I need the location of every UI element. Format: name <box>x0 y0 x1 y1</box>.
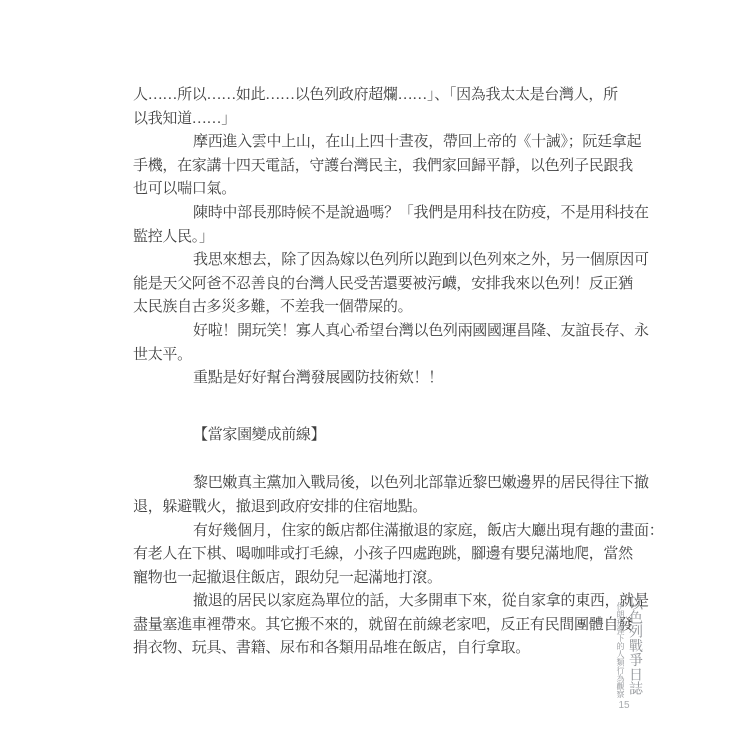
text-line: 以我知道……」 <box>133 108 627 132</box>
text-line: 有好幾個月，住家的飯店都住滿撤退的家庭，飯店大廳出現有趣的畫面： <box>133 520 627 544</box>
text-line: 撤退的居民以家庭為單位的話，大多開車下來，從自家拿的東西，就是 <box>133 590 627 614</box>
text-line: 能是天父阿爸不忍善良的台灣人民受苦還要被污衊，安排我來以色列！反正猶 <box>133 273 627 297</box>
text-line: 我思來想去，除了因為嫁以色列所以跑到以色列來之外，另一個原因可 <box>133 249 627 273</box>
text-line: 捐衣物、玩具、書籍、尿布和各類用品堆在飯店，自行拿取。 <box>133 637 627 661</box>
section-heading: 【當家園變成前線】 <box>133 424 627 448</box>
text-line: 退，躲避戰火，撤退到政府安排的住宿地點。 <box>133 496 627 520</box>
text-line: 好啦！開玩笑！寡人真心希望台灣以色列兩國國運昌隆、友誼長存、永 <box>133 320 627 344</box>
text-line: 有老人在下棋、喝咖啡或打毛線，小孩子四處跑跳，腳邊有嬰兒滿地爬，當然 <box>133 543 627 567</box>
text-line: 寵物也一起撤退住飯店，跟幼兒一起滿地打滾。 <box>133 567 627 591</box>
text-line: 人……所以……如此……以色列政府超爛……」、「因為我太太是台灣人，所 <box>133 84 627 108</box>
text-line: 監控人民。」 <box>133 226 627 250</box>
text-line: 也可以喘口氣。 <box>133 178 627 202</box>
book-title-vertical: 以色列戰爭日誌 <box>626 596 643 704</box>
text-line: 手機，在家講十四天電話，守護台灣民主，我們家回歸平靜，以色列子民跟我 <box>133 155 627 179</box>
page-number: 15 <box>610 700 638 711</box>
text-line: 重點是好好幫台灣發展國防技術欸！！ <box>133 367 627 391</box>
text-line: 陳時中部長那時候不是說過嗎？「我們是用科技在防疫，不是用科技在 <box>133 202 627 226</box>
text-line: 太民族自古多災多難，不差我一個帶屎的。 <box>133 296 627 320</box>
text-line: 黎巴嫩真主黨加入戰局後，以色列北部靠近黎巴嫩邊界的居民得往下撤 <box>133 472 627 496</box>
text-line: 盡量塞進車裡帶來。其它搬不來的，就留在前線老家吧，反正有民間團體自發 <box>133 614 627 638</box>
text-line: 世太平。 <box>133 344 627 368</box>
text-line: 摩西進入雲中上山，在山上四十晝夜，帶回上帝的《十誡》；阮廷拿起 <box>133 131 627 155</box>
vertical-book-title-block: 以色列戰爭日誌 伊朗飛彈下的人類行為觀察 <box>614 596 643 704</box>
book-subtitle-vertical: 伊朗飛彈下的人類行為觀察 <box>614 596 626 704</box>
body-text-column: 人……所以……如此……以色列政府超爛……」、「因為我太太是台灣人，所以我知道……… <box>133 84 627 661</box>
